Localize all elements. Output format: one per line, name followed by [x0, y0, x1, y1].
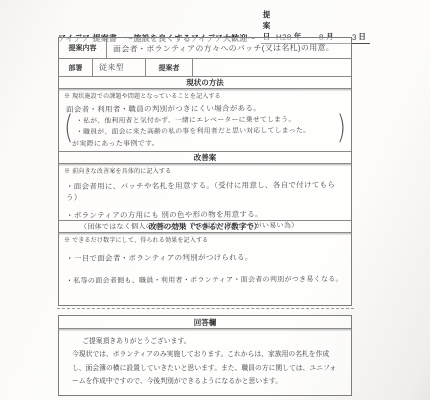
- example-lines: ・私が、他利用者と気付かず、一緒にエレベーターに乗せてしまう。 ・職員が、面会に…: [73, 116, 336, 137]
- answer-table: 回答欄 ご提案頂きありがとうございます。 今現状では、ボランティアのみ実施してお…: [58, 315, 352, 396]
- current-method-examples: ( ・私が、他利用者と気付かず、一緒にエレベーターに乗せてしまう。 ・職員が、面…: [64, 115, 346, 139]
- proposal-content-label: 提案内容: [59, 38, 107, 58]
- effect-note: ※ できるだけ数字にして、得られる効果を記入する: [64, 235, 346, 244]
- scanned-proposal-form: アイデア 提案書 ～施設を良くするアイデア大歓迎～ 提案日 H28 年 8 月 …: [0, 0, 430, 400]
- effect-line1: ・一目で面会者・ボランティアの判別がつけられる。: [66, 251, 346, 264]
- department-proposer-row: 部署 従来型 提案者: [59, 58, 351, 76]
- cut-divider-line: [57, 308, 354, 309]
- proposal-form-table: 提案内容 面会者・ボランティアの方々へのバッチ(又は名札)の用意。 部署 従来型…: [58, 37, 352, 306]
- improvement-line3: （団体ではなく個人のボランティアの場合、私とまちがい易い為）: [80, 220, 346, 232]
- date-day-value: 3: [352, 33, 357, 42]
- improvement-line1: ・面会者用に、バッチや名札を用意する。（受付に用意し、各自で付けてもらう）: [66, 179, 346, 203]
- proposer-value-cell: [193, 59, 351, 76]
- proposal-content-value-cell: 面会者・ボランティアの方々へのバッチ(又は名札)の用意。: [107, 38, 351, 58]
- day-unit-label: 日: [358, 31, 366, 42]
- effect-body: ※ できるだけ数字にして、得られる効果を記入する ・一目で面会者・ボランティアの…: [59, 233, 351, 305]
- department-label: 部署: [59, 59, 93, 76]
- answer-text: 今現状では、ボランティアのみ実施しております。これからは、家族用の名札を作成し、…: [72, 348, 338, 388]
- improvement-note: ※ 前向きな改善案を具体的に記入する: [64, 166, 346, 175]
- department-value-cell: 従来型: [93, 59, 146, 76]
- proposer-label: 提案者: [146, 59, 193, 76]
- current-method-body: ※ 現状施設での課題や問題となっていることを記入する 面会者・利用者・職員の判別…: [59, 89, 351, 151]
- current-method-line1: 面会者・利用者・職員の判別がつきにくい場合がある。: [66, 102, 346, 115]
- proposal-content-row: 提案内容 面会者・ボランティアの方々へのバッチ(又は名札)の用意。: [59, 38, 351, 58]
- current-method-header: 現状の方法: [59, 76, 351, 89]
- answer-header: 回答欄: [59, 316, 351, 329]
- answer-greeting: ご提案頂きありがとうございます。: [72, 335, 338, 348]
- proposal-content-value: 面会者・ボランティアの方々へのバッチ(又は名札)の用意。: [113, 42, 334, 55]
- improvement-body: ※ 前向きな改善案を具体的に記入する ・面会者用に、バッチや名札を用意する。（受…: [59, 164, 351, 220]
- effect-line2: ・私等の面会者側も、職員・利用者・ボランティア・面会者の判別がつき易くなる。: [66, 274, 346, 286]
- current-method-note: ※ 現状施設での課題や問題となっていることを記入する: [64, 91, 346, 100]
- answer-body: ご提案頂きありがとうございます。 今現状では、ボランティアのみ実施しております。…: [59, 329, 351, 388]
- improvement-line2: ・ボランティアの方用にも 別の色や形の物を用意する。: [66, 208, 346, 221]
- current-method-line2: が実際にあった事例です。: [72, 137, 346, 149]
- department-value: 従来型: [99, 62, 124, 73]
- improvement-header: 改善案: [59, 151, 351, 164]
